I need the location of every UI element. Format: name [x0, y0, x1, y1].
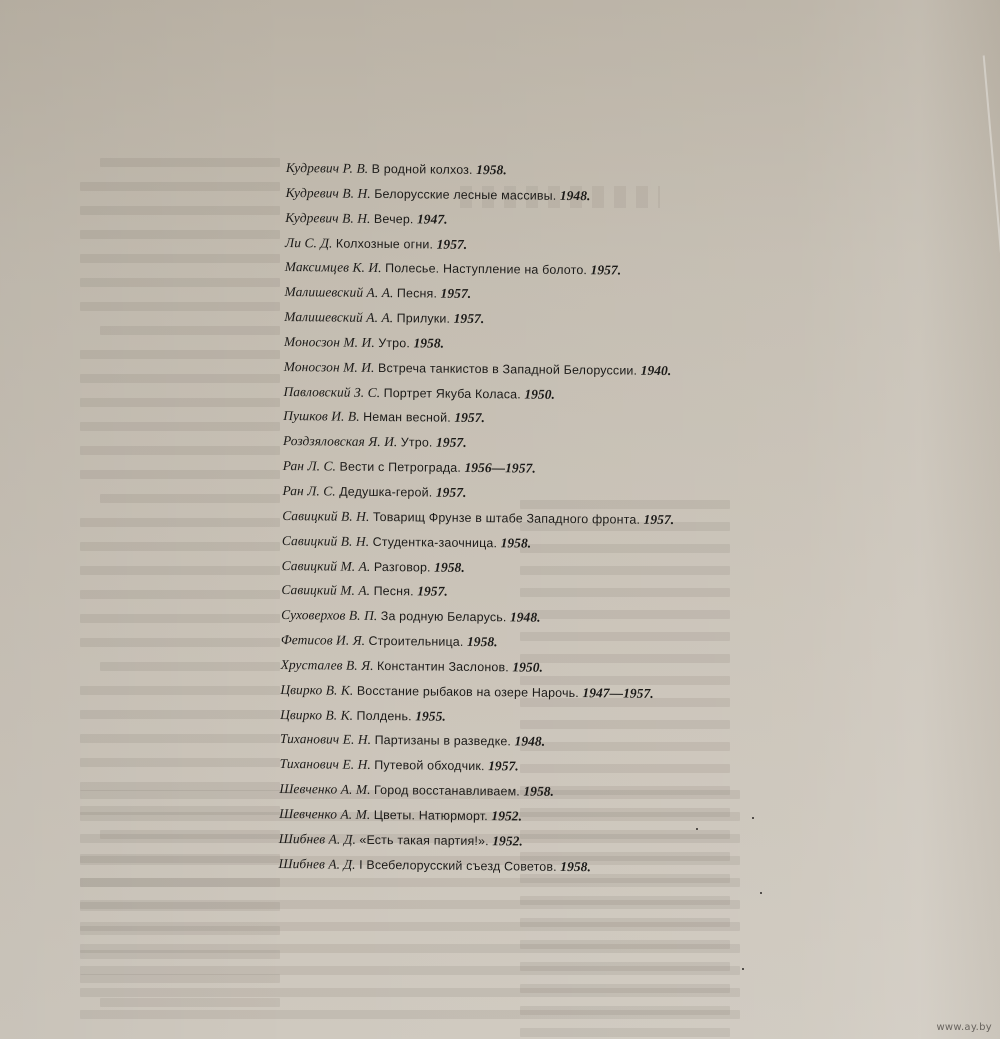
entry-title: Встреча танкистов в Западной Белоруссии.: [378, 361, 637, 378]
entry-year: 1957.: [488, 758, 519, 773]
bleed-through-line: [80, 922, 740, 931]
bleed-through-line: [80, 470, 280, 479]
entry-year: 1957.: [454, 410, 485, 425]
entry-author: Савицкий В. Н.: [282, 508, 369, 524]
entry-year: 1952.: [491, 808, 522, 823]
bleed-through-line: [80, 988, 740, 997]
bleed-through-line: [80, 542, 280, 551]
entry-title: Дедушка-герой.: [339, 485, 432, 500]
bleed-through-line: [80, 278, 280, 287]
entry-title: Неман весной.: [363, 410, 451, 425]
entry-title: Студентка-заочница.: [373, 535, 498, 550]
bleed-through-line: [80, 566, 280, 575]
speck: [752, 817, 754, 819]
list-item: Цвирко В. К. Восстание рыбаков на озере …: [280, 678, 672, 707]
entry-title: Колхозные огни.: [336, 236, 433, 251]
entry-author: Савицкий В. Н.: [282, 533, 369, 549]
entry-year: 1957.: [436, 435, 467, 450]
bleed-through-line: [80, 518, 280, 527]
entry-title: Город восстанавливаем.: [374, 783, 520, 799]
list-item: Моносзон М. И. Встреча танкистов в Запад…: [284, 355, 676, 384]
entry-title: Товарищ Фрунзе в штабе Западного фронта.: [373, 510, 640, 527]
bleed-through-line: [80, 254, 280, 263]
entry-author: Роздзяловская Я. И.: [283, 433, 398, 449]
entry-author: Савицкий М. А.: [282, 557, 371, 573]
list-item: Кудревич В. Н. Вечер. 1947.: [285, 206, 677, 235]
bleed-through-line: [80, 350, 280, 359]
bleed-through-line: [100, 494, 280, 503]
entry-title: Утро.: [378, 336, 410, 350]
entry-year: 1947—1957.: [582, 685, 653, 701]
entry-year: 1957.: [441, 286, 472, 301]
bleed-through-line: [80, 638, 280, 647]
bleed-through-line: [80, 230, 280, 239]
list-item: Савицкий В. Н. Студентка-заочница. 1958.: [282, 529, 674, 558]
bleed-through-line: [80, 686, 280, 695]
bleed-through-line: [80, 944, 740, 953]
bleed-through-line: [80, 590, 280, 599]
entry-author: Шибнев А. Д.: [279, 856, 356, 872]
bleed-through-line: [80, 974, 280, 983]
entry-title: «Есть такая партия!».: [359, 833, 489, 848]
bleed-through-line: [80, 446, 280, 455]
list-item: Шевченко А. М. Цветы. Натюрморт. 1952.: [279, 802, 671, 831]
list-item: Кудревич Р. В. В родной колхоз. 1958.: [286, 156, 678, 185]
entry-year: 1955.: [415, 708, 446, 723]
entry-author: Ли С. Д.: [285, 235, 333, 250]
bleed-through-line: [80, 734, 280, 743]
entry-title: Восстание рыбаков на озере Нарочь.: [357, 683, 579, 699]
entry-author: Тиханович Е. Н.: [280, 731, 371, 747]
entry-title: В родной колхоз.: [372, 162, 473, 177]
entry-author: Павловский З. С.: [283, 384, 380, 400]
bleed-through-line: [80, 398, 280, 407]
entry-year: 1957.: [417, 584, 448, 599]
entry-year: 1958.: [523, 784, 554, 799]
entry-title: Вечер.: [374, 212, 414, 226]
entry-year: 1958.: [560, 859, 591, 874]
entry-year: 1948.: [514, 734, 545, 749]
entry-title: Константин Заслонов.: [377, 659, 509, 674]
entry-author: Суховерхов В. П.: [281, 607, 377, 623]
entry-title: Вести с Петрограда.: [339, 460, 461, 475]
entry-year: 1948.: [510, 610, 541, 625]
entry-year: 1940.: [641, 362, 672, 377]
list-item: Ран Л. С. Дедушка-герой. 1957.: [282, 479, 674, 508]
entry-author: Хрусталев В. Я.: [281, 657, 374, 673]
entry-author: Пушков И. В.: [283, 408, 360, 424]
entry-author: Ран Л. С.: [283, 458, 336, 474]
entry-year: 1948.: [560, 188, 591, 203]
bleed-through-line: [80, 302, 280, 311]
entry-author: Шевченко А. М.: [279, 806, 370, 822]
page-edge: [983, 55, 1000, 314]
entry-title: Путевой обходчик.: [374, 758, 484, 773]
entry-title: Полдень.: [357, 708, 412, 723]
entry-year: 1958.: [413, 335, 444, 350]
entry-year: 1957.: [437, 236, 468, 251]
entry-author: Савицкий М. А.: [281, 582, 370, 598]
entry-year: 1947.: [417, 211, 448, 226]
entry-title: Песня.: [374, 584, 414, 598]
entry-author: Фетисов И. Я.: [281, 632, 365, 648]
list-item: Савицкий В. Н. Товарищ Фрунзе в штабе За…: [282, 504, 674, 533]
bleed-through-line: [100, 326, 280, 335]
entry-title: I Всебелорусский съезд Советов.: [359, 857, 557, 873]
entry-title: Прилуки.: [397, 311, 451, 326]
list-item: Моносзон М. И. Утро. 1958.: [284, 330, 676, 359]
watermark: www.ay.by: [936, 1022, 992, 1033]
entry-year: 1957.: [644, 512, 675, 527]
entry-author: Шевченко А. М.: [279, 781, 370, 797]
bleed-through-line: [80, 206, 280, 215]
bleed-through-line: [100, 998, 280, 1007]
bleed-through-line: [100, 662, 280, 671]
bleed-through-line: [80, 422, 280, 431]
entry-year: 1957.: [590, 263, 621, 278]
entry-author: Шибнев А. Д.: [279, 831, 356, 847]
entry-author: Тиханович Е. Н.: [280, 756, 371, 772]
entry-year: 1952.: [492, 833, 523, 848]
entry-title: За родную Беларусь.: [381, 609, 507, 624]
entry-author: Моносзон М. И.: [284, 359, 375, 375]
entry-year: 1950.: [524, 386, 555, 401]
bleed-through-line: [80, 966, 740, 975]
entry-author: Цвирко В. К.: [280, 682, 353, 698]
list-item: Шибнев А. Д. «Есть такая партия!». 1952.: [279, 827, 671, 856]
bleed-through-line: [80, 614, 280, 623]
entry-year: 1950.: [512, 659, 543, 674]
entry-year: 1958.: [434, 559, 465, 574]
entry-year: 1958.: [476, 162, 507, 177]
bleed-through-line: [80, 182, 280, 191]
speck: [696, 828, 698, 830]
entry-year: 1958.: [467, 634, 498, 649]
entry-title: Портрет Якуба Коласа.: [384, 386, 521, 401]
entry-year: 1957.: [436, 485, 467, 500]
bleed-through-line: [80, 900, 740, 909]
entry-year: 1957.: [454, 311, 485, 326]
entry-author: Цвирко В. К.: [280, 707, 353, 723]
entry-author: Кудревич В. Н.: [285, 210, 370, 226]
entry-author: Кудревич В. Н.: [286, 185, 371, 201]
entry-title: Строительница.: [368, 634, 463, 649]
artwork-list: Кудревич Р. В. В родной колхоз. 1958. Ку…: [278, 156, 678, 881]
entry-author: Максимцев К. И.: [285, 259, 382, 275]
entry-author: Ран Л. С.: [282, 483, 335, 499]
entry-year: 1958.: [501, 535, 532, 550]
entry-title: Разговор.: [374, 559, 431, 574]
bleed-through-line: [80, 710, 280, 719]
entry-title: Белорусские лесные массивы.: [374, 187, 556, 203]
speck: [742, 968, 744, 970]
speck: [760, 892, 762, 894]
entry-title: Партизаны в разведке.: [375, 733, 512, 748]
bleed-through-line: [80, 758, 280, 767]
entry-title: Цветы. Натюрморт.: [374, 808, 488, 823]
bleed-through-line: [80, 1010, 740, 1019]
entry-title: Песня.: [397, 286, 437, 300]
entry-title: Полесье. Наступление на болото.: [385, 261, 587, 277]
entry-author: Малишевский А. А.: [285, 284, 394, 300]
list-item: Хрусталев В. Я. Константин Заслонов. 195…: [281, 653, 673, 682]
bleed-through-line: [520, 1028, 730, 1037]
entry-author: Кудревич Р. В.: [286, 160, 368, 176]
entry-year: 1956—1957.: [464, 460, 535, 476]
bleed-through-line: [100, 158, 280, 167]
bleed-through-line: [80, 374, 280, 383]
entry-author: Моносзон М. И.: [284, 334, 375, 350]
list-item: Кудревич В. Н. Белорусские лесные массив…: [285, 181, 677, 210]
entry-title: Утро.: [401, 435, 433, 449]
list-item: Шибнев А. Д. I Всебелорусский съезд Сове…: [278, 852, 670, 881]
entry-author: Малишевский А. А.: [284, 309, 393, 325]
